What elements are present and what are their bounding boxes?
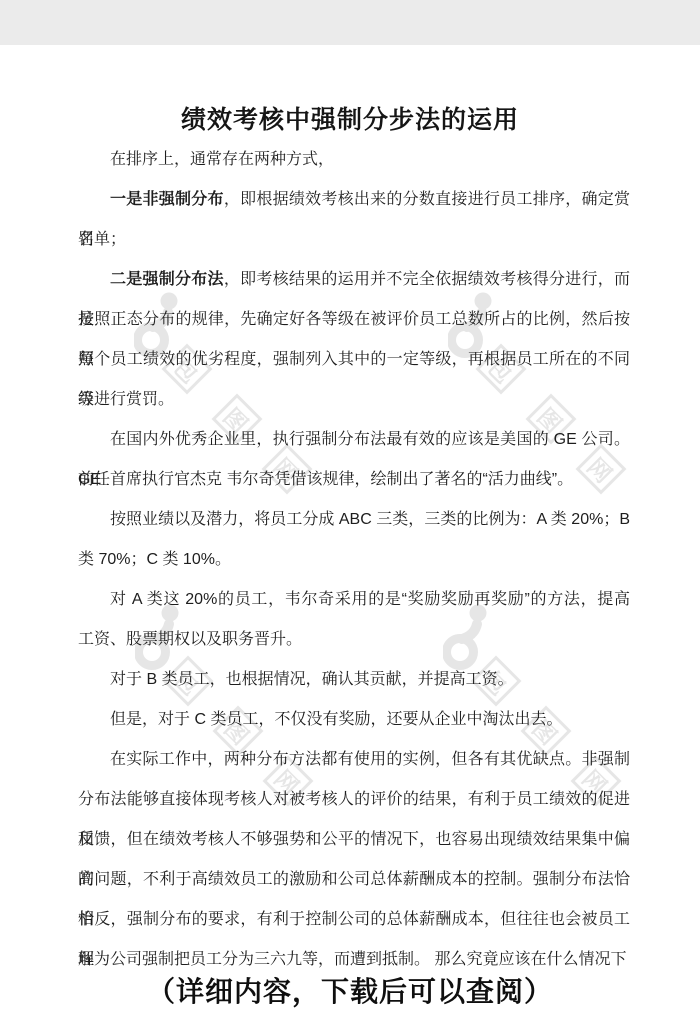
text-line: 反馈，但在绩效考核人不够强势和公平的情况下，也容易出现绩效结果集中偏高 <box>78 820 630 860</box>
text-line: 级进行赏罚。 <box>78 380 630 420</box>
text-line: 在国内外优秀企业里，执行强制分布法最有效的应该是美国的 GE 公司。GE <box>78 420 630 460</box>
text-line: 按照业绩以及潜力，将员工分成 ABC 三类，三类的比例为：A 类 20%；B <box>78 500 630 540</box>
text-line: 前任首席执行官杰克 韦尔奇凭借该规律，绘制出了著名的“活力曲线”。 <box>78 460 630 500</box>
text-line: 类 70%；C 类 10%。 <box>78 540 630 580</box>
text-line: 在实际工作中，两种分布方法都有使用的实例，但各有其优缺点。非强制 <box>78 740 630 780</box>
text-line: 分布法能够直接体现考核人对被考核人的评价的结果，有利于员工绩效的促进和 <box>78 780 630 820</box>
text-line: 每个员工绩效的优劣程度，强制列入其中的一定等级，再根据员工所在的不同等 <box>78 340 630 380</box>
text-line: 在排序上，通常存在两种方式， <box>78 140 630 180</box>
bold-lead-in: 一是非强制分布 <box>110 191 224 208</box>
text-line: 工资、股票期权以及职务晋升。 <box>78 620 630 660</box>
text-line: 对于 B 类员工，也根据情况，确认其贡献，并提高工资。 <box>78 660 630 700</box>
text-line: 名单； <box>78 220 630 260</box>
download-notice: （详细内容，下载后可以查阅） <box>0 972 700 1012</box>
document-title: 绩效考核中强制分步法的运用 <box>0 102 700 138</box>
text-line: 但是，对于 C 类员工，不仅没有奖励，还要从企业中淘汰出去。 <box>78 700 630 740</box>
text-line: 按照正态分布的规律，先确定好各等级在被评价员工总数所占的比例，然后按照 <box>78 300 630 340</box>
text-line: 的问题，不利于高绩效员工的激励和公司总体薪酬成本的控制。强制分布法恰恰 <box>78 860 630 900</box>
text-line: 对 A 类这 20%的员工，韦尔奇采用的是“奖励奖励再奖励”的方法，提高 <box>78 580 630 620</box>
text-line: 一是非强制分布，即根据绩效考核出来的分数直接进行员工排序，确定赏罚 <box>78 180 630 220</box>
document-body: 在排序上，通常存在两种方式，一是非强制分布，即根据绩效考核出来的分数直接进行员工… <box>78 140 630 980</box>
bold-lead-in: 二是强制分布法 <box>110 271 224 288</box>
document-page: 包图网包图网包图网包图网 绩效考核中强制分步法的运用 在排序上，通常存在两种方式… <box>0 0 700 1030</box>
text-line: 二是强制分布法，即考核结果的运用并不完全依据绩效考核得分进行，而是 <box>78 260 630 300</box>
text-line: 相反，强制分布的要求，有利于控制公司的总体薪酬成本，但往往也会被员工理 <box>78 900 630 940</box>
page-top-margin-band <box>0 0 700 45</box>
